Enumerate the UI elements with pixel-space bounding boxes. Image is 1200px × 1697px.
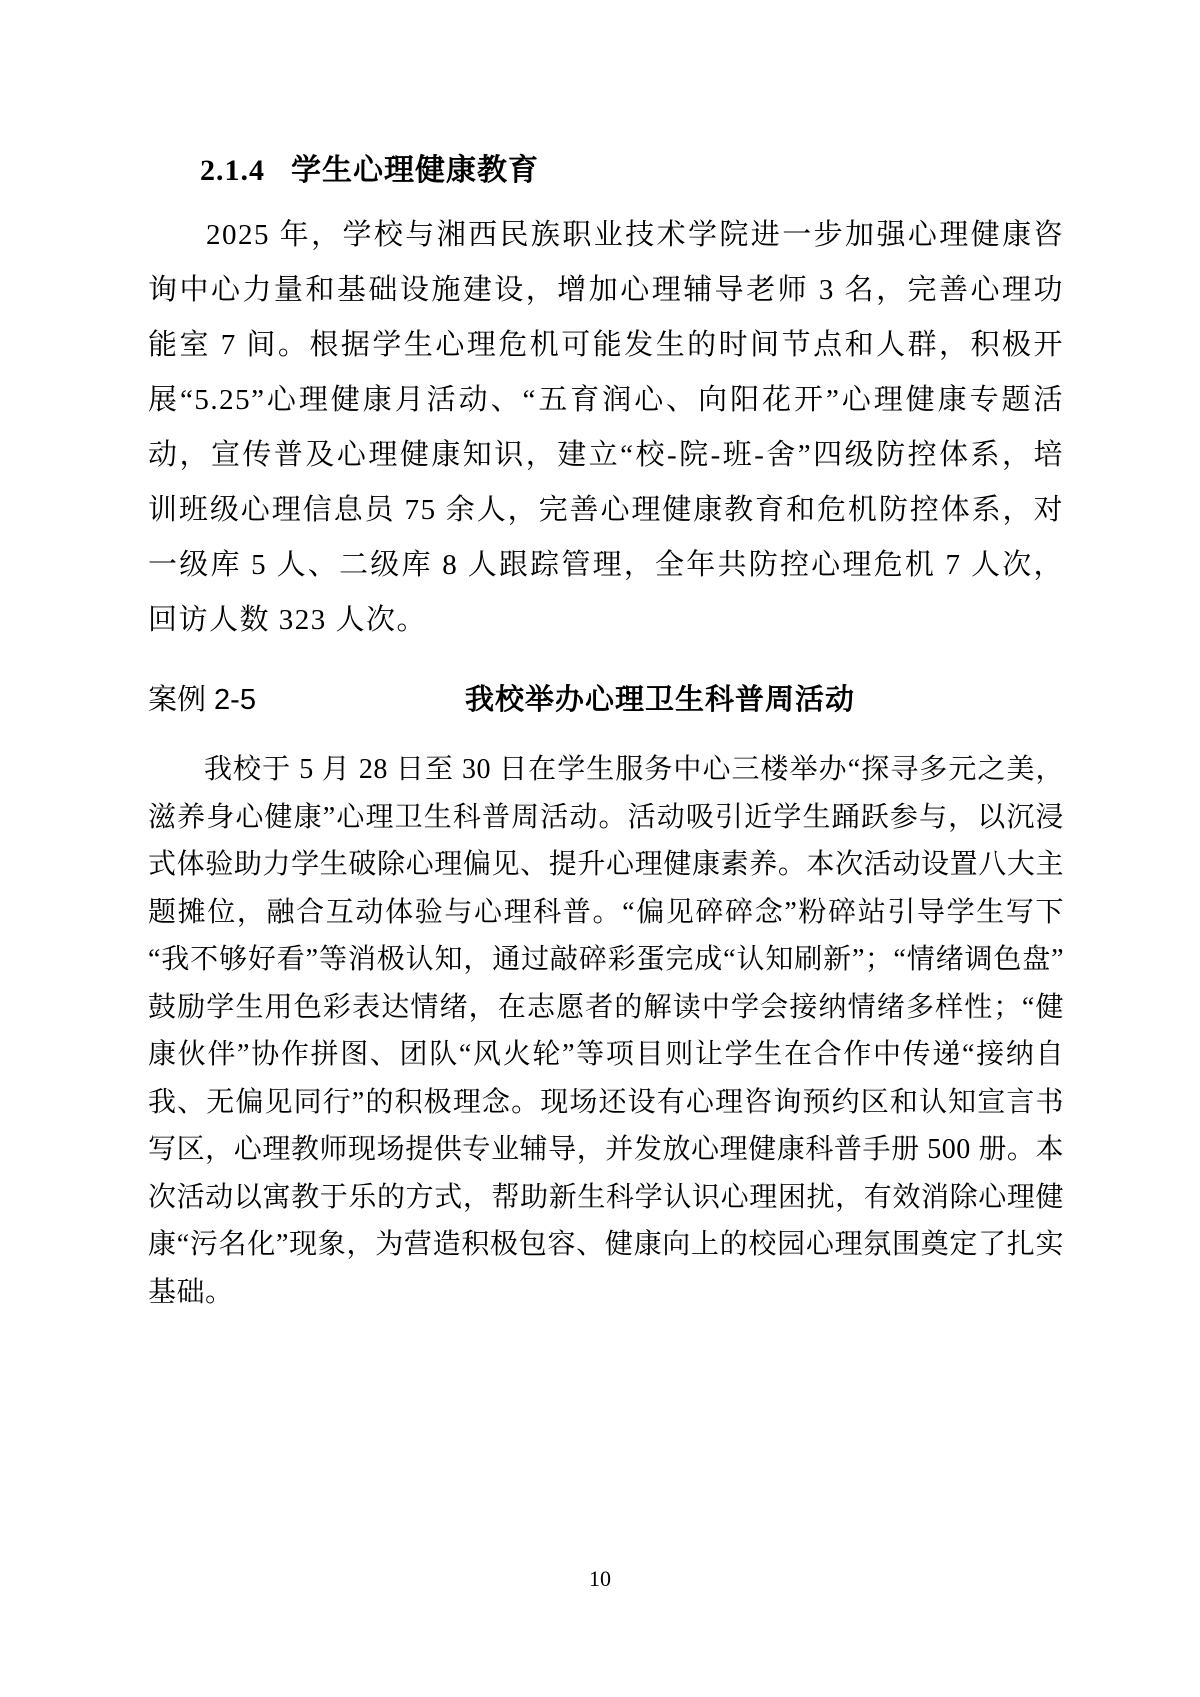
page-content: 2.1.4学生心理健康教育 2025 年，学校与湘西民族职业技术学院进一步加强心… <box>148 0 1064 1316</box>
case-label: 案例 2-5 <box>148 678 256 722</box>
section-heading-title: 学生心理健康教育 <box>291 154 539 187</box>
document-page: 2.1.4学生心理健康教育 2025 年，学校与湘西民族职业技术学院进一步加强心… <box>0 0 1200 1697</box>
case-title: 我校举办心理卫生科普周活动 <box>256 678 1064 722</box>
section-heading-number: 2.1.4 <box>200 154 265 187</box>
section-heading: 2.1.4学生心理健康教育 <box>148 150 1064 192</box>
page-number: 10 <box>0 1566 1200 1592</box>
case-paragraph: 我校于 5 月 28 日至 30 日在学生服务中心三楼举办“探寻多元之美，滋养身… <box>148 746 1064 1316</box>
case-heading: 案例 2-5 我校举办心理卫生科普周活动 <box>148 678 1064 722</box>
section-paragraph: 2025 年，学校与湘西民族职业技术学院进一步加强心理健康咨询中心力量和基础设施… <box>148 208 1064 648</box>
